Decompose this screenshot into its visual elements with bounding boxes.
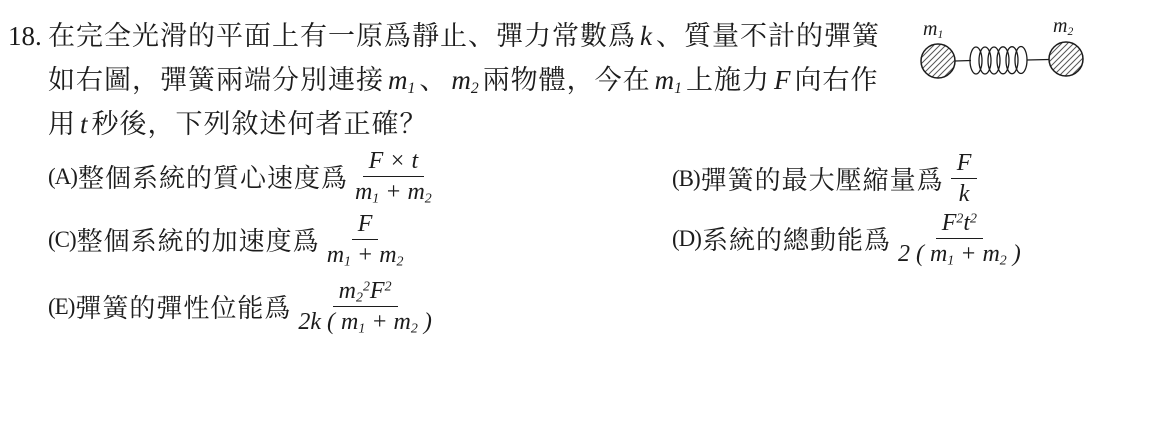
fraction-denominator: k	[959, 179, 970, 208]
option-d: (D) 系統的總動能爲 F2t2 2 ( m1 + m2 )	[672, 209, 1021, 269]
question-line-2: 如右圖，彈簧兩端分別連接m1、m2兩物體，今在m1上施力F向右作	[48, 58, 908, 102]
fraction-numerator: F	[352, 210, 379, 240]
option-b-fraction: F k	[951, 149, 978, 209]
fraction-denominator: m1 + m2	[355, 177, 432, 206]
question-line-3: 用t秒後，下列敘述何者正確？	[48, 102, 908, 146]
option-a-fraction: F × t m1 + m2	[355, 147, 432, 207]
option-c-label: (C)	[48, 227, 76, 253]
option-a: (A) 整個系統的質心速度爲 F × t m1 + m2	[48, 147, 432, 207]
spring-coil	[970, 47, 1027, 75]
fraction-denominator: 2k ( m1 + m2 )	[298, 307, 431, 336]
option-b-text: 彈簧的最大壓縮量爲	[701, 160, 944, 197]
question-line-1: 在完全光滑的平面上有一原爲靜止、彈力常數爲k、質量不計的彈簧	[48, 14, 908, 58]
fraction-numerator: m22F2	[333, 277, 398, 307]
option-e: (E) 彈簧的彈性位能爲 m22F2 2k ( m1 + m2 )	[48, 277, 432, 337]
option-d-fraction: F2t2 2 ( m1 + m2 )	[898, 209, 1021, 269]
option-e-fraction: m22F2 2k ( m1 + m2 )	[298, 277, 431, 337]
option-c-text: 整個系統的加速度爲	[77, 221, 320, 258]
fraction-numerator: F	[951, 149, 978, 179]
fraction-numerator: F2t2	[936, 209, 983, 239]
mass-m1-circle	[921, 44, 955, 78]
option-c: (C) 整個系統的加速度爲 F m1 + m2	[48, 210, 403, 270]
fraction-denominator: 2 ( m1 + m2 )	[898, 239, 1021, 268]
option-b-label: (B)	[672, 166, 700, 192]
option-d-text: 系統的總動能爲	[702, 220, 891, 257]
fraction-numerator: F × t	[363, 147, 425, 177]
option-a-label: (A)	[48, 164, 77, 190]
spring-left-link	[955, 61, 971, 62]
spring-right-link	[1027, 60, 1049, 61]
mass-m2-circle	[1049, 42, 1083, 76]
question-number: 18.	[8, 14, 42, 58]
option-e-text: 彈簧的彈性位能爲	[75, 288, 291, 325]
question-text: 在完全光滑的平面上有一原爲靜止、彈力常數爲k、質量不計的彈簧 如右圖，彈簧兩端分…	[48, 14, 908, 146]
exam-page: { "page": { "background": "#ffffff", "te…	[0, 0, 1164, 440]
mass-m2-label: m2	[1053, 15, 1073, 38]
fraction-denominator: m1 + m2	[327, 240, 404, 269]
spring-mass-diagram: m1 m2	[905, 14, 1115, 102]
option-e-label: (E)	[48, 294, 74, 320]
option-a-text: 整個系統的質心速度爲	[78, 158, 348, 195]
mass-m1-label: m1	[923, 18, 943, 41]
option-c-fraction: F m1 + m2	[327, 210, 404, 270]
option-b: (B) 彈簧的最大壓縮量爲 F k	[672, 149, 977, 209]
option-d-label: (D)	[672, 226, 701, 252]
